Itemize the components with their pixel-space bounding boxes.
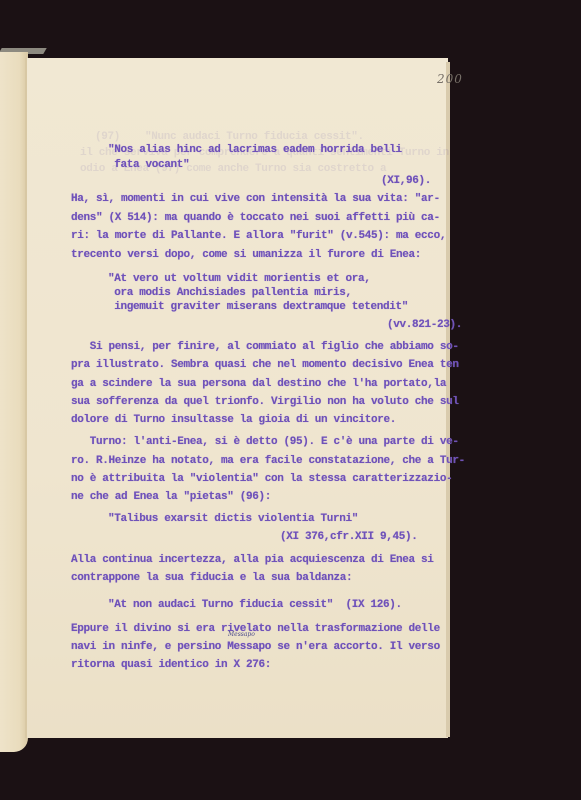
- citation: (XI,96).: [381, 174, 431, 190]
- paragraph-line: Eppure il divino si era rivelato nella t…: [71, 622, 440, 638]
- citation: (vv.821-23).: [387, 318, 462, 334]
- paragraph-line: ne che ad Enea la "pietas" (96):: [71, 490, 271, 506]
- page-number: 200: [437, 72, 463, 86]
- citation: (XI 376,cfr.XII 9,45).: [280, 530, 418, 546]
- underlying-page: [0, 52, 28, 752]
- paragraph-line: Ha, sì, momenti in cui vive con intensit…: [71, 192, 440, 208]
- paragraph-line: Si pensi, per finire, al commiato al fig…: [71, 340, 459, 356]
- quote-line: fata vocant": [108, 158, 189, 174]
- quote-line: "At non audaci Turno fiducia cessit" (IX…: [108, 598, 402, 614]
- paragraph-line: dens" (X 514): ma quando è toccato nei s…: [71, 211, 440, 227]
- paragraph-line: Turno: l'anti-Enea, si è detto (95). E c…: [71, 435, 459, 451]
- quote-line: "Nos alias hinc ad lacrimas eadem horrid…: [108, 143, 402, 159]
- paragraph-line: Alla continua incertezza, alla pia acqui…: [71, 553, 434, 569]
- paragraph-line: dolore di Turno insultasse la gioia di u…: [71, 413, 396, 429]
- paragraph-line: pra illustrato. Sembra quasi che nel mom…: [71, 358, 459, 374]
- paragraph-line: ro. R.Heinze ha notato, ma era facile co…: [71, 454, 465, 470]
- paragraph-line: no è attribuita la "violentia" con la st…: [71, 472, 452, 488]
- paragraph-line: ga a scindere la sua persona dal destino…: [71, 377, 446, 393]
- paragraph-line: ritorna quasi identico in X 276:: [71, 658, 271, 674]
- handwritten-correction: Messapo: [228, 631, 255, 638]
- paragraph-line: sua sofferenza da quel trionfo. Virgilio…: [71, 395, 459, 411]
- paragraph-line: trecento versi dopo, come si umanizza il…: [71, 248, 421, 264]
- quote-line: "Talibus exarsit dictis violentia Turni": [108, 512, 358, 528]
- quote-line: ingemuit graviter miserans dextramque te…: [108, 300, 408, 316]
- paragraph-line: contrappone la sua fiducia e la sua bald…: [71, 571, 352, 587]
- paragraph-line: navi in ninfe, e persino Messapo se n'er…: [71, 640, 440, 656]
- paragraph-line: ri: la morte di Pallante. E allora "furi…: [71, 229, 446, 245]
